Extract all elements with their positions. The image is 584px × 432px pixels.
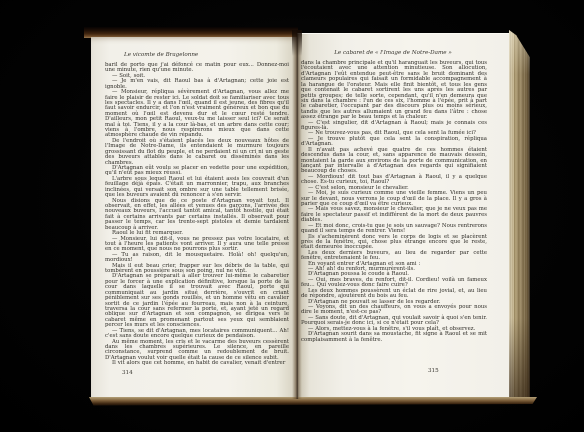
paragraph: L'arbre sous lequel Raoul et lui étaient… (105, 177, 289, 199)
paragraph: — Moi, je suis curieux comme une vieille… (301, 191, 487, 207)
paragraph: De l'endroit où s'étaient placés les deu… (105, 139, 289, 166)
paragraph: — Tu as raison, dit le mousquetaire. Hol… (105, 253, 289, 264)
running-head-right: Le cabaret de « l'Image de Notre-Dame » (300, 50, 486, 56)
page-right: Le cabaret de « l'Image de Notre-Dame » … (297, 33, 509, 398)
book-bottom-edge (89, 397, 537, 407)
paragraph: Il n'avait pas achevé que quatre de ces … (301, 148, 487, 175)
paragraph: D'Artagnan se préparait à aller trouver … (105, 274, 289, 328)
paragraph: — Monsieur, répliqua sévèrement d'Artagn… (105, 90, 289, 139)
paragraph: — Monsieur, lui dit-il, vous ne pressez … (105, 237, 289, 253)
page-number-left: 314 (122, 370, 133, 376)
paragraph: — Mais vous savez, monsieur le chevalier… (301, 207, 487, 223)
paragraph: D'Artagnan sourit dans sa moustache, fit… (301, 332, 487, 343)
photo-background: Le vicomte de Bragelonne baril de porto … (0, 0, 584, 432)
left-page-text: baril de porto que j'ai défoncé ce matin… (105, 63, 289, 367)
paragraph: Les deux derniers buveurs, au lieu de re… (301, 251, 487, 262)
page-stack-fore-edge (509, 30, 530, 399)
paragraph: — Et moi donc, crois-tu que je sois un s… (301, 224, 487, 235)
paragraph: Il vit alors que cet homme, en habit de … (105, 361, 289, 366)
page-number-right: 315 (428, 368, 439, 374)
right-page-text: dans la chambre principale et qu'il hara… (301, 61, 487, 343)
paragraph: Ils s'acheminèrent donc vers le corps de… (301, 235, 487, 251)
book-gutter (292, 30, 302, 399)
paragraph: Nous disions que de ce poste d'Artagnan … (105, 199, 289, 232)
open-book: Le vicomte de Bragelonne baril de porto … (84, 27, 532, 407)
paragraph: Les deux hommes poussèrent un éclat de r… (301, 289, 487, 300)
running-head-left: Le vicomte de Bragelonne (124, 52, 198, 58)
paragraph: — Tiens, se dit d'Artagnan, mes locatair… (105, 329, 289, 340)
paragraph: Au même moment, les cris et le vacarme d… (105, 340, 289, 362)
paragraph: dans la chambre principale et qu'il hara… (301, 61, 487, 121)
page-left: Le vicomte de Bragelonne baril de porto … (91, 37, 297, 397)
